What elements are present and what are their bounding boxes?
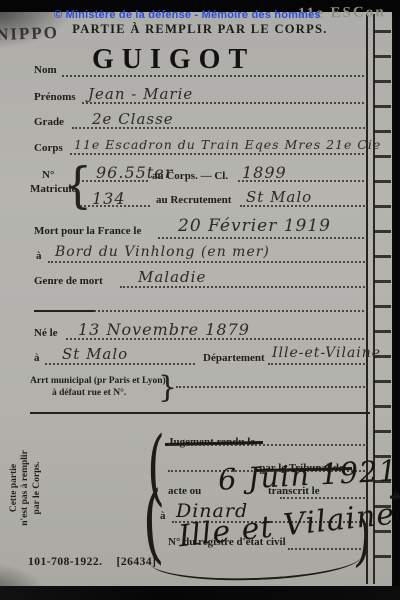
- blank-line-solid-start: [34, 310, 94, 312]
- genre-dotted-line: [120, 286, 368, 288]
- matricule-label-line1: N°: [42, 169, 54, 181]
- prenoms-value: Jean - Marie: [88, 85, 193, 103]
- arr-brace: }: [158, 370, 177, 405]
- jugement-dotted-line: [168, 444, 368, 446]
- side-note-vertical: Cette partie n'est pas à remplir par le …: [9, 427, 45, 549]
- scanned-death-record-card: NIPPO 11e ESCon © Ministère de la défens…: [0, 0, 400, 600]
- prenoms-dotted-line: [82, 102, 368, 104]
- ne-dotted-line: [66, 338, 368, 340]
- mort-label: Mort pour la France le: [34, 225, 141, 237]
- matricule-line1-dots-b: [238, 180, 368, 182]
- mort-lieu-dotted-line: [48, 261, 368, 263]
- nom-value: GUIGOT: [92, 44, 255, 76]
- ne-value: 13 Novembre 1879: [78, 320, 250, 339]
- scan-edge-bottom: [0, 586, 400, 600]
- nom-label: Nom: [34, 64, 57, 76]
- section-divider: [30, 412, 370, 414]
- side-note-line3: par le Corps.: [32, 427, 43, 549]
- matricule-line2-dots-a: [80, 205, 150, 207]
- ne-lieu-label: à: [34, 352, 40, 364]
- genre-label: Genre de mort: [34, 275, 103, 287]
- matricule-recr-place: St Malo: [246, 188, 312, 206]
- ne-lieu-dotted-line: [45, 363, 195, 365]
- arr-dotted-line: [176, 386, 368, 388]
- matricule-line1-dots-a: [82, 180, 148, 182]
- grade-label: Grade: [34, 116, 64, 128]
- mort-dotted-line: [158, 237, 368, 239]
- corps-dotted-line: [70, 153, 368, 155]
- arr-label-line2: à défaut rue et N°.: [52, 388, 126, 398]
- side-note-line1: Cette partie: [9, 427, 20, 549]
- blank-dotted-line: [94, 310, 368, 312]
- mort-lieu-label: à: [36, 250, 42, 262]
- copyright-watermark: © Ministère de la défense - Mémoire des …: [54, 9, 321, 21]
- grade-value: 2e Classe: [92, 110, 174, 128]
- nom-dotted-line: [62, 75, 368, 77]
- matricule-recr-label: au Recrutement: [156, 194, 231, 206]
- print-reference-number: 101-708-1922.: [28, 556, 103, 568]
- print-reference-bracket: [26434]: [117, 556, 157, 568]
- gutter-dotted-stubs: [374, 30, 391, 575]
- print-reference: 101-708-1922.[26434]: [28, 556, 170, 568]
- departement-dotted-line: [268, 363, 368, 365]
- departement-label: Département: [203, 352, 265, 364]
- acte-label-part1: acte ou: [168, 485, 201, 497]
- ne-lieu-value: St Malo: [62, 345, 128, 363]
- corps-label: Corps: [34, 142, 63, 154]
- acte-dotted-line: [280, 497, 368, 499]
- mort-value: 20 Février 1919: [178, 216, 331, 236]
- side-note-line2: n'est pas à remplir: [20, 427, 31, 549]
- mort-lieu-value: Bord du Vinhlong (en mer): [55, 244, 270, 260]
- grade-dotted-line: [72, 127, 368, 129]
- genre-value: Maladie: [138, 268, 206, 286]
- prenoms-label: Prénoms: [34, 91, 76, 103]
- matricule-corps-label: au Corps. — Cl.: [152, 170, 228, 182]
- departement-value: Ille-et-Vilaine: [272, 345, 381, 361]
- matricule-line2-dots-b: [240, 205, 368, 207]
- jugement-label-struck: Jugement rendu le: [168, 436, 255, 448]
- arr-label-line1: Arrt municipal (pr Paris et Lyon),: [30, 376, 168, 386]
- ne-label: Né le: [34, 327, 58, 339]
- corps-value: 11e Escadron du Train Eqes Mres 21e Cie: [74, 137, 381, 152]
- form-title: PARTIE À REMPLIR PAR LE CORPS.: [35, 22, 365, 37]
